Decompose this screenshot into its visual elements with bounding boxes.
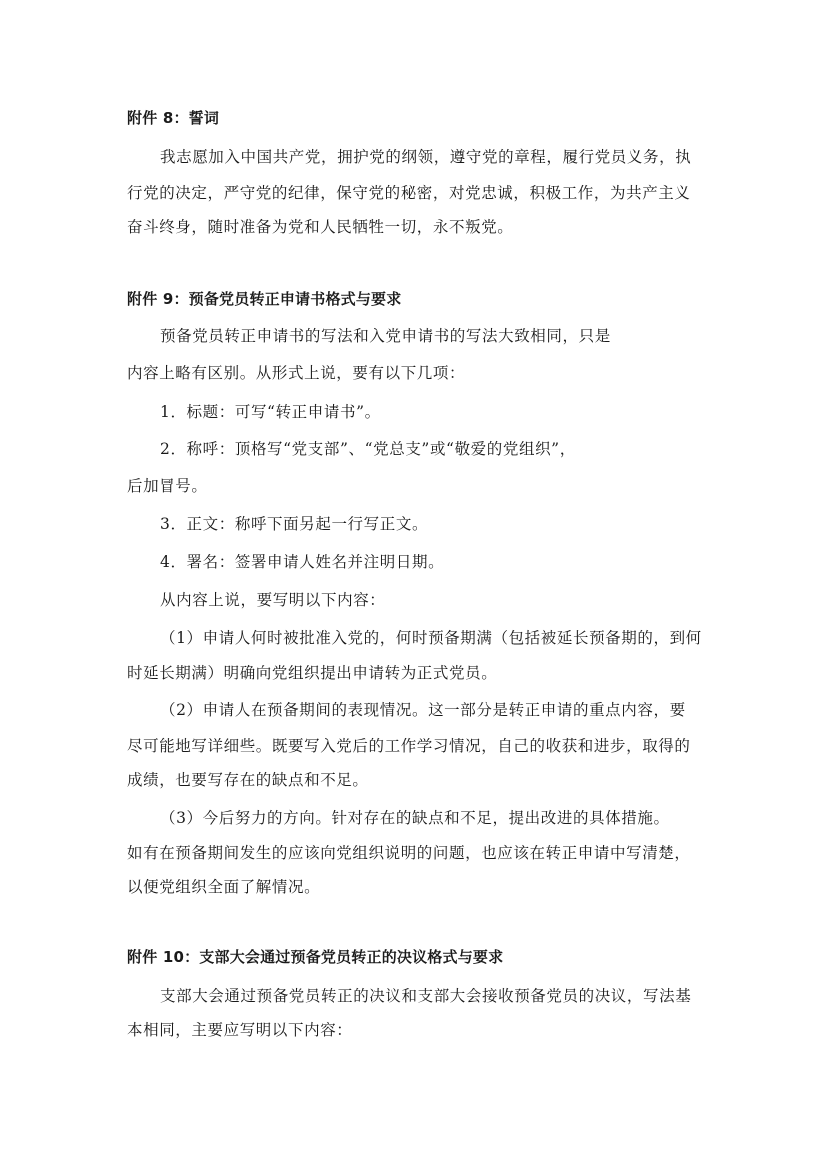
content-item-3: （3）今后努力的方向。针对存在的缺点和不足，提出改进的具体措施。: [160, 808, 670, 828]
list-item-2-cont: 后加冒号。: [127, 476, 208, 496]
paragraph-line: 预备党员转正申请书的写法和入党申请书的写法大致相同，只是: [160, 326, 611, 346]
content-item-3-cont: 如有在预备期间发生的应该向党组织说明的问题，也应该在转正申请中写清楚，: [127, 843, 691, 863]
paragraph-line: 内容上略有区别。从形式上说，要有以下几项：: [127, 363, 465, 383]
section-heading-8: 附件 8：誓词: [127, 108, 219, 128]
content-item-3-cont: 以便党组织全面了解情况。: [127, 877, 320, 897]
section-heading-9: 附件 9：预备党员转正申请书格式与要求: [127, 289, 401, 309]
oath-line-2: 行党的决定，严守党的纪律，保守党的秘密，对党忠诚，积极工作，为共产主义: [127, 183, 691, 203]
content-item-1-cont: 时延长期满）明确向党组织提出申请转为正式党员。: [127, 663, 497, 683]
section-heading-10: 附件 10：支部大会通过预备党员转正的决议格式与要求: [127, 947, 503, 967]
content-item-2-cont: 尽可能地写详细些。既要写入党后的工作学习情况，自己的收获和进步，取得的: [127, 736, 691, 756]
paragraph-line: 本相同，主要应写明以下内容：: [127, 1020, 352, 1040]
list-item-1: 1．标题：可写“转正申请书”。: [160, 402, 381, 422]
content-item-2: （2）申请人在预备期间的表现情况。这一部分是转正申请的重点内容，要: [160, 700, 686, 720]
list-item-4: 4．署名：签署申请人姓名并注明日期。: [160, 552, 444, 572]
paragraph-line: 支部大会通过预备党员转正的决议和支部大会接收预备党员的决议，写法基: [160, 986, 691, 1006]
content-item-2-cont: 成绩，也要写存在的缺点和不足。: [127, 770, 369, 790]
oath-line-3: 奋斗终身，随时准备为党和人民牺牲一切，永不叛党。: [127, 217, 513, 237]
list-item-3: 3．正文：称呼下面另起一行写正文。: [160, 514, 428, 534]
list-item-2: 2．称呼：顶格写“党支部”、“党总支”或“敬爱的党组织”，: [160, 439, 576, 459]
oath-line-1: 我志愿加入中国共产党，拥护党的纲领，遵守党的章程，履行党员义务，执: [160, 147, 691, 167]
content-item-1: （1）申请人何时被批准入党的，何时预备期满（包括被延长预备期的，到何: [160, 628, 702, 648]
document-page: 附件 8：誓词 我志愿加入中国共产党，拥护党的纲领，遵守党的章程，履行党员义务，…: [0, 0, 826, 1169]
content-intro: 从内容上说，要写明以下内容：: [160, 590, 385, 610]
